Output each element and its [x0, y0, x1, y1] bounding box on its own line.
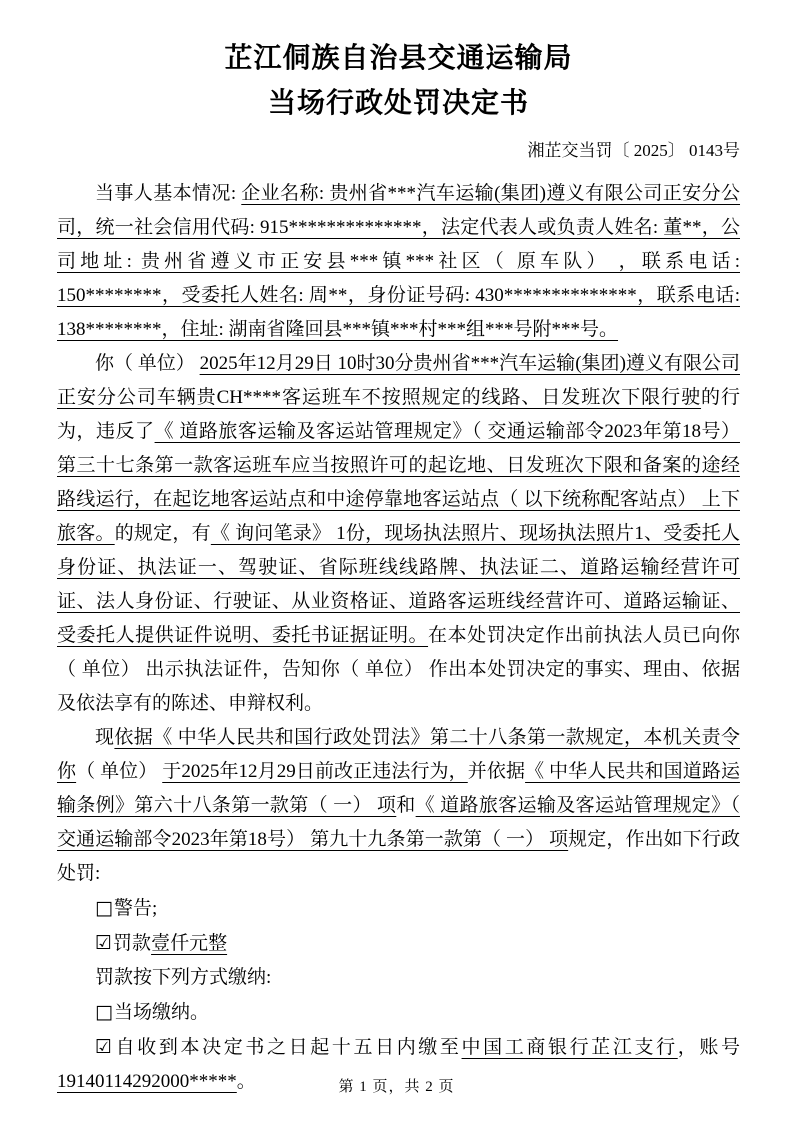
filled-blank-text: 中国工商银行芷江支行 [462, 1037, 678, 1058]
form-text: （ 单位） [76, 761, 162, 782]
form-text: 和 [396, 795, 415, 816]
violation-facts-paragraph: 你（ 单位） 2025年12月29日 10时30分贵州省***汽车运输(集团)遵… [57, 347, 740, 721]
form-text: ，账号 [678, 1037, 740, 1058]
party-info-paragraph: 当事人基本情况: 企业名称: 贵州省***汽车运输(集团)遵义有限公司正安分公司… [57, 177, 740, 347]
checked-checkbox-icon: ☑ [95, 1036, 112, 1058]
form-text: 当场缴纳。 [114, 1002, 209, 1023]
filled-blank-text: 企业名称: 贵州省***汽车运输(集团)遵义有限公司正安分公司，统一社会信用代码… [57, 183, 740, 340]
form-text: 罚款按下列方式缴纳: [95, 967, 271, 988]
penalty-basis-paragraph: 现依据《 中华人民共和国行政处罚法》第二十八条第一款规定，本机关责令你（ 单位）… [57, 721, 740, 891]
document-number: 湘芷交当罚〔 2025〕 0143号 [57, 140, 740, 162]
form-text: 并依据 [468, 761, 525, 782]
unchecked-checkbox-icon: □ [95, 897, 113, 919]
document-title-line2: 当场行政处罚决定书 [57, 81, 740, 126]
document-body: 当事人基本情况: 企业名称: 贵州省***汽车运输(集团)遵义有限公司正安分公司… [57, 177, 740, 1099]
document-title-line1: 芷江侗族自治县交通运输局 [57, 36, 740, 81]
form-text: 你（ 单位） [95, 353, 200, 374]
form-text: 的规定，有 [115, 523, 211, 544]
form-text: 自收到本决定书之日起十五日内缴至 [113, 1037, 462, 1058]
filled-blank-text: 壹仟元整 [151, 933, 227, 954]
document-page: 芷江侗族自治县交通运输局 当场行政处罚决定书 湘芷交当罚〔 2025〕 0143… [0, 0, 793, 1122]
pay-on-spot-line: □当场缴纳。 [57, 995, 740, 1030]
checked-checkbox-icon: ☑ [95, 932, 112, 954]
warning-option-line: □警告; [57, 891, 740, 926]
unchecked-checkbox-icon: □ [95, 1001, 113, 1023]
form-text: 警告; [114, 898, 157, 919]
form-text: 罚款 [113, 933, 151, 954]
page-footer: 第 1 页，共 2 页 [0, 1075, 793, 1096]
fine-amount-line: ☑罚款壹仟元整 [57, 926, 740, 961]
form-text: 当事人基本情况: [95, 183, 241, 204]
filled-blank-text: 于2025年12月29日前改正违法行为， [162, 761, 468, 782]
payment-method-intro-line: 罚款按下列方式缴纳: [57, 961, 740, 995]
form-text: 现 [95, 727, 114, 748]
